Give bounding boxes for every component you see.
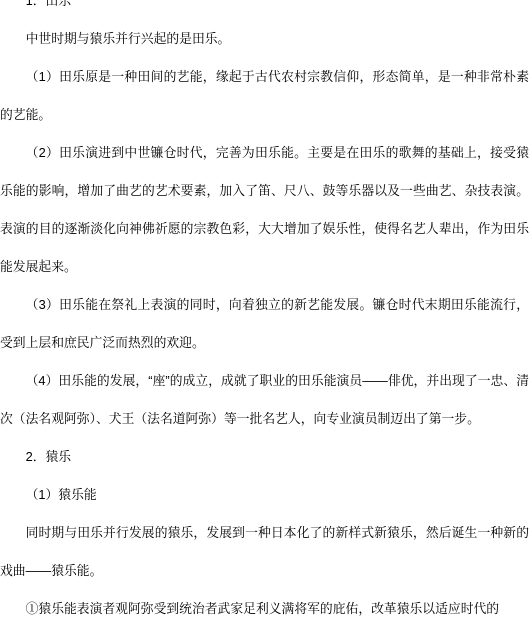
para-yuanle-point-1: ①猿乐能表演者观阿弥受到统治者武家足利义满将军的庇佑，改革猿乐以适应时代的 xyxy=(0,590,529,628)
section-heading-tianle: 1．田乐 xyxy=(0,0,529,20)
document-content: 1．田乐 中世时期与猿乐并行兴起的是田乐。 （1）田乐原是一种田间的艺能，缘起于… xyxy=(0,0,529,628)
para-tianle-point-1: （1）田乐原是一种田间的艺能，缘起于古代农村宗教信仰，形态简单，是一种非常朴素的… xyxy=(0,58,529,134)
para-tianle-intro: 中世时期与猿乐并行兴起的是田乐。 xyxy=(0,20,529,58)
document-page: 1．田乐 中世时期与猿乐并行兴起的是田乐。 （1）田乐原是一种田间的艺能，缘起于… xyxy=(0,0,529,630)
section-heading-yuanle: 2．猿乐 xyxy=(0,438,529,476)
subheading-yuanle-neng: （1）猿乐能 xyxy=(0,476,529,514)
para-tianle-point-4: （4）田乐能的发展，“座”的成立，成就了职业的田乐能演员——俳优，并出现了一忠、… xyxy=(0,362,529,438)
para-yuanle-intro: 同时期与田乐并行发展的猿乐，发展到一种日本化了的新样式新猿乐，然后诞生一种新的戏… xyxy=(0,514,529,590)
para-tianle-point-3: （3）田乐能在祭礼上表演的同时，向着独立的新艺能发展。镰仓时代末期田乐能流行，受… xyxy=(0,286,529,362)
para-tianle-point-2: （2）田乐演进到中世镰仓时代，完善为田乐能。主要是在田乐的歌舞的基础上，接受猿乐… xyxy=(0,134,529,286)
